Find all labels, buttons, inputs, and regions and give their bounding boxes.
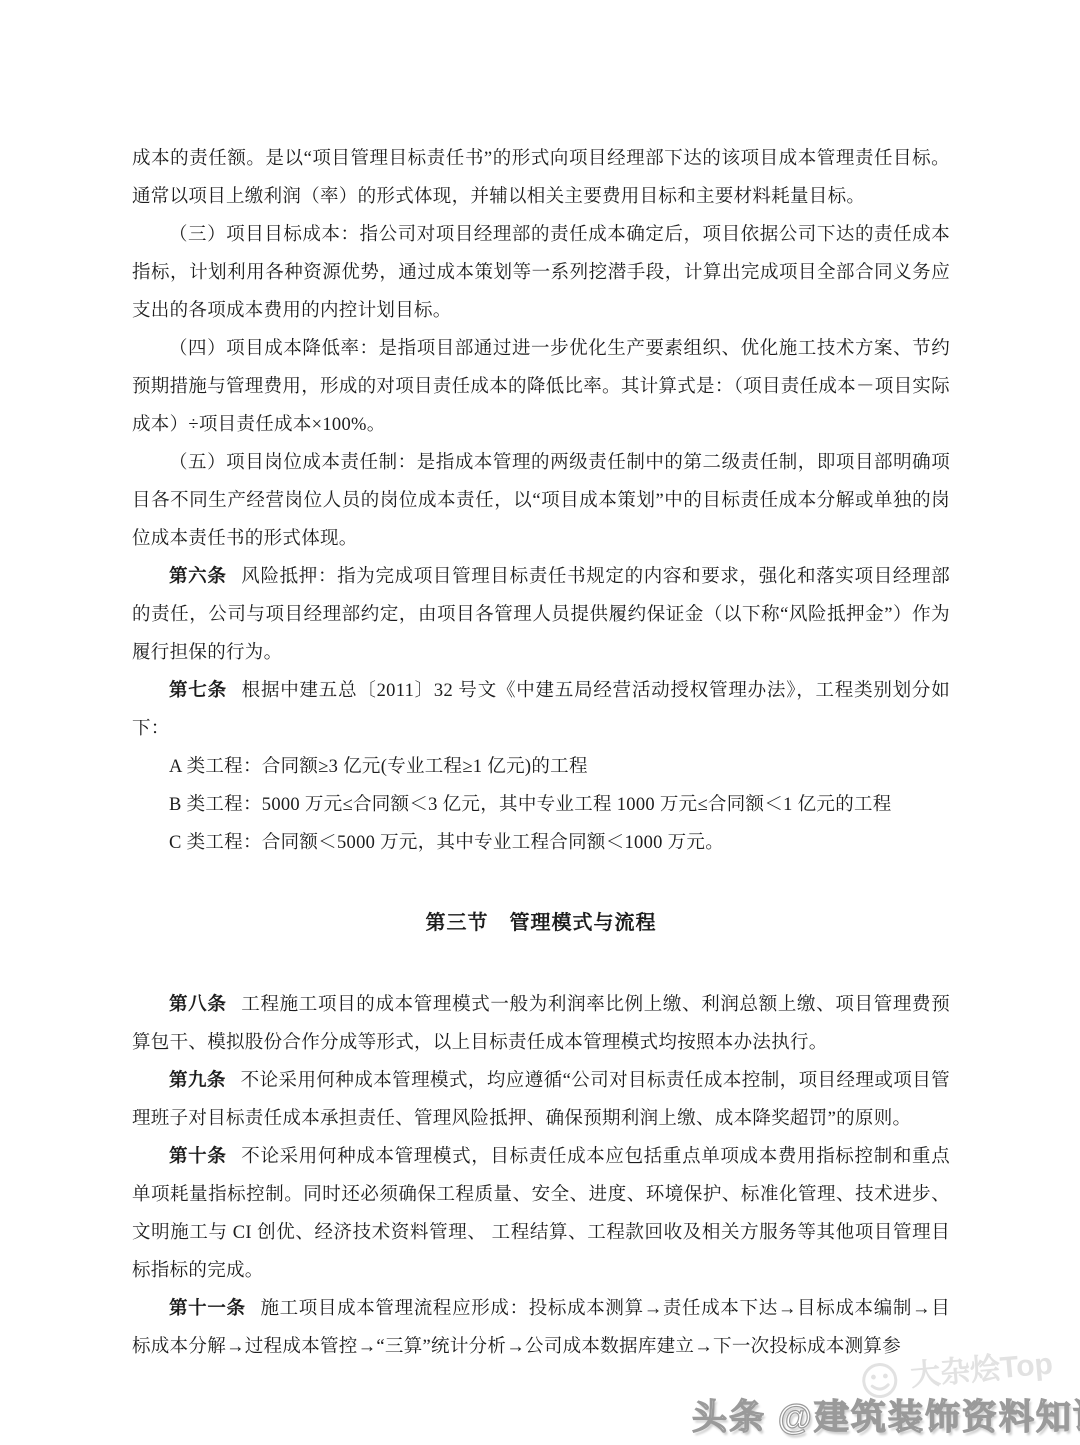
article-10-text: 不论采用何种成本管理模式，目标责任成本应包括重点单项成本费用指标控制和重点单项耗… (132, 1147, 950, 1281)
page-body: 成本的责任额。是以“项目管理目标责任书”的形式向项目经理部下达的该项目成本管理责… (0, 0, 1080, 1445)
paragraph-continuation: 成本的责任额。是以“项目管理目标责任书”的形式向项目经理部下达的该项目成本管理责… (132, 140, 950, 216)
paragraph-article-10: 第十条不论采用何种成本管理模式，目标责任成本应包括重点单项成本费用指标控制和重点… (132, 1138, 950, 1290)
paragraph-item-3: （三）项目目标成本：指公司对项目经理部的责任成本确定后，项目依据公司下达的责任成… (132, 216, 950, 330)
article-8-text: 工程施工项目的成本管理模式一般为利润率比例上缴、利润总额上缴、项目管理费预算包干… (132, 995, 950, 1053)
document-page: 成本的责任额。是以“项目管理目标责任书”的形式向项目经理部下达的该项目成本管理责… (0, 0, 1080, 1445)
article-6-label: 第六条 (169, 567, 227, 587)
article-11-label: 第十一条 (169, 1299, 246, 1319)
paragraph-item-5: （五）项目岗位成本责任制：是指成本管理的两级责任制中的第二级责任制，即项目部明确… (132, 444, 950, 558)
paragraph-class-b: B 类工程：5000 万元≤合同额＜3 亿元，其中专业工程 1000 万元≤合同… (132, 786, 950, 824)
section-heading: 第三节 管理模式与流程 (132, 904, 950, 942)
paragraph-class-c: C 类工程：合同额＜5000 万元，其中专业工程合同额＜1000 万元。 (132, 824, 950, 862)
paragraph-article-7: 第七条根据中建五总〔2011〕32 号文《中建五局经营活动授权管理办法》，工程类… (132, 672, 950, 748)
article-7-text: 根据中建五总〔2011〕32 号文《中建五局经营活动授权管理办法》，工程类别划分… (132, 681, 950, 739)
paragraph-class-a: A 类工程：合同额≥3 亿元(专业工程≥1 亿元)的工程 (132, 748, 950, 786)
paragraph-item-4: （四）项目成本降低率：是指项目部通过进一步优化生产要素组织、优化施工技术方案、节… (132, 330, 950, 444)
article-10-label: 第十条 (169, 1147, 227, 1167)
article-9-text: 不论采用何种成本管理模式，均应遵循“公司对目标责任成本控制，项目经理或项目管理班… (132, 1071, 950, 1129)
article-7-label: 第七条 (169, 681, 227, 701)
paragraph-article-9: 第九条不论采用何种成本管理模式，均应遵循“公司对目标责任成本控制，项目经理或项目… (132, 1062, 950, 1138)
article-8-label: 第八条 (169, 995, 227, 1015)
paragraph-article-8: 第八条工程施工项目的成本管理模式一般为利润率比例上缴、利润总额上缴、项目管理费预… (132, 986, 950, 1062)
article-6-text: 风险抵押：指为完成项目管理目标责任书规定的内容和要求，强化和落实项目经理部的责任… (132, 567, 950, 663)
paragraph-article-11: 第十一条施工项目成本管理流程应形成：投标成本测算→责任成本下达→目标成本编制→目… (132, 1290, 950, 1366)
paragraph-article-6: 第六条风险抵押：指为完成项目管理目标责任书规定的内容和要求，强化和落实项目经理部… (132, 558, 950, 672)
article-9-label: 第九条 (169, 1071, 226, 1091)
watermark-publisher: 头条 @建筑装饰资料知识大全 (692, 1390, 1080, 1440)
article-11-text: 施工项目成本管理流程应形成：投标成本测算→责任成本下达→目标成本编制→目标成本分… (132, 1299, 950, 1357)
